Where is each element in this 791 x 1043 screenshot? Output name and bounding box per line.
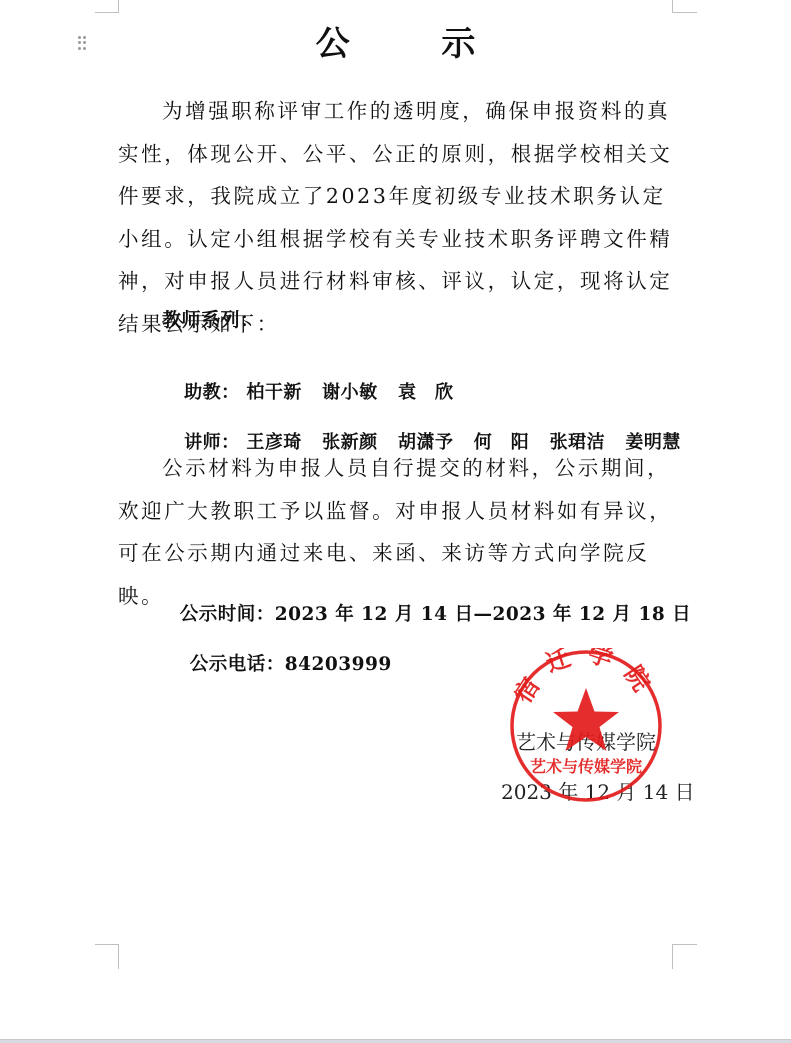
publicity-phone-value: 84203999 (285, 654, 392, 675)
signature-date: 2023 年 12 月 14 日 (501, 776, 695, 805)
seal-top-text: 宿迁学院 (509, 648, 663, 708)
person-name: 柏干新 (246, 382, 302, 403)
document-title: 公 示 (0, 20, 791, 68)
publicity-phone-label: 公示电话： (190, 654, 285, 675)
seal-bottom-text: 艺术与传媒学院 (530, 757, 642, 776)
publicity-period-value: 2023 年 12 月 14 日—2023 年 12 月 18 日 (275, 604, 691, 625)
viewport-bottom-edge (0, 1039, 791, 1043)
margin-corner-bottom-right (672, 944, 697, 969)
publicity-period-label: 公示时间： (180, 604, 275, 625)
series-heading: 教师系列： (162, 305, 260, 332)
svg-text:宿迁学院: 宿迁学院 (509, 648, 663, 708)
publicity-phone: 公示电话：84203999 (162, 629, 392, 697)
rank-label: 助教： (184, 382, 240, 403)
signature-organization: 艺术与传媒学院 (516, 726, 656, 755)
margin-corner-bottom-left (95, 944, 119, 969)
margin-corner-top-right (672, 0, 697, 13)
margin-corner-top-left (95, 0, 119, 13)
person-name: 袁 欣 (398, 382, 454, 403)
document-page: 公 示 为增强职称评审工作的透明度，确保申报资料的真实性，体现公开、公平、公正的… (0, 0, 791, 1039)
person-name: 谢小敏 (322, 382, 378, 403)
